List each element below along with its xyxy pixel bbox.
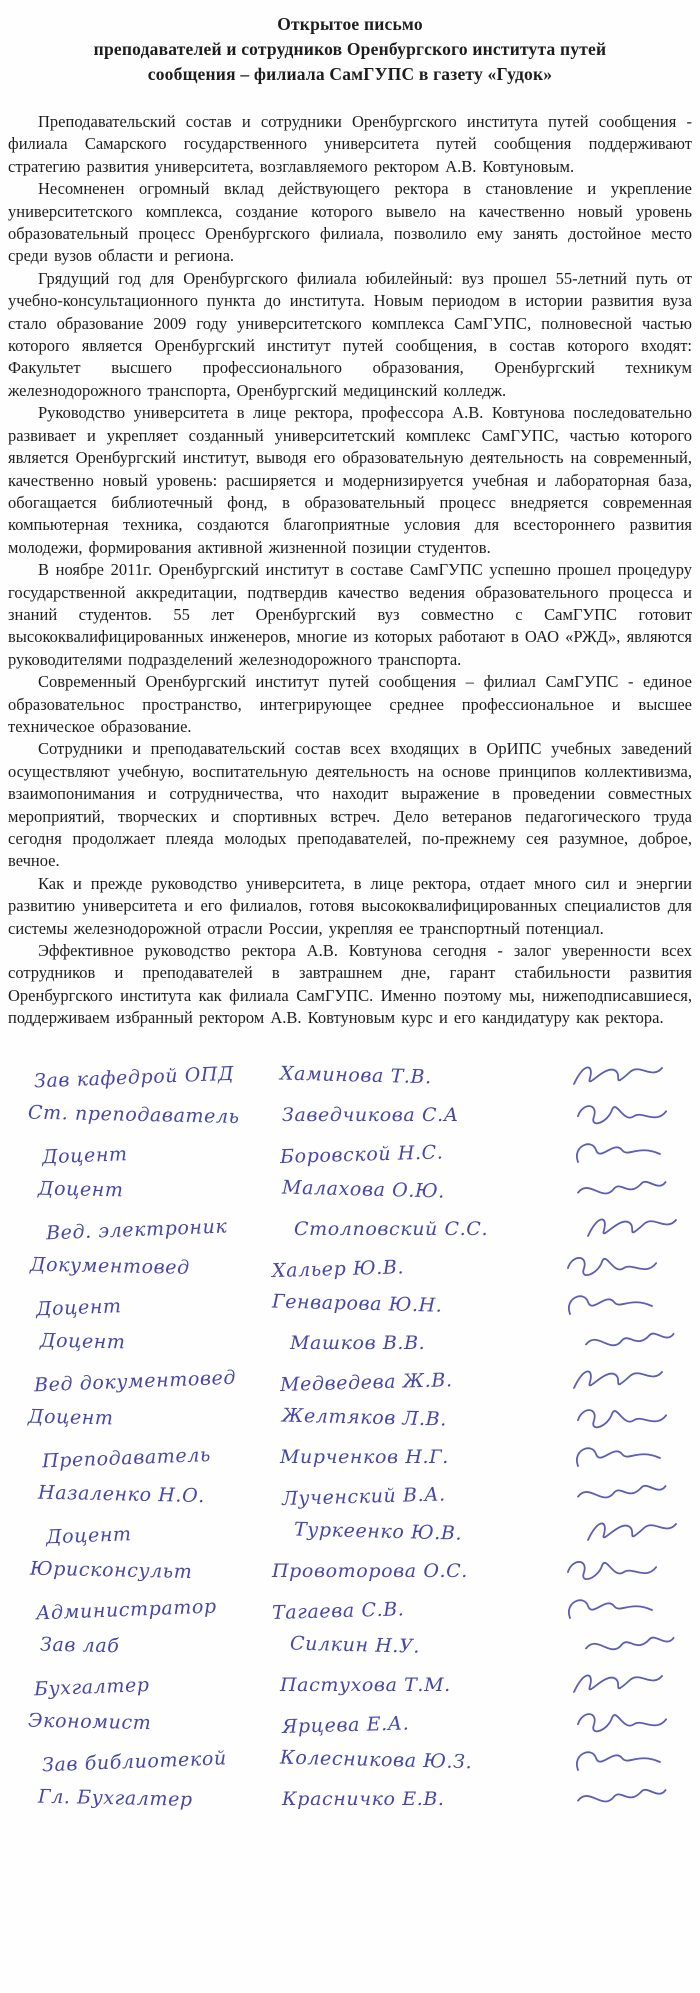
signature-scribble	[571, 1171, 687, 1211]
signer-position: Ст. преподаватель	[28, 1101, 258, 1128]
signature-scribble	[570, 1744, 686, 1778]
signer-name: Столповский С.С.	[288, 1218, 584, 1240]
signature-scribble	[562, 1592, 686, 1626]
title-line-3: сообщения – филиала СамГУПС в газету «Гу…	[8, 62, 692, 87]
signer-position: Бухгалтер	[34, 1669, 265, 1700]
signer-position: Доцент	[40, 1329, 270, 1356]
signature-scribble	[584, 1212, 686, 1246]
signer-position: Преподаватель	[42, 1441, 273, 1472]
signer-position: Экономист	[28, 1709, 258, 1736]
signer-name: Лученский В.А.	[276, 1480, 572, 1510]
signer-name: Тагаева С.В.	[266, 1594, 562, 1624]
signer-name: Силкин Н.У.	[284, 1632, 580, 1661]
signature-row: ДоцентМашков В.В.	[28, 1324, 686, 1362]
signer-name: Заведчикова С.А	[276, 1104, 572, 1126]
paragraph-jubilee: Грядущий год для Оренбургского филиала ю…	[8, 268, 692, 402]
signer-name: Боровской Н.С.	[274, 1138, 570, 1168]
signer-name: Малахова О.Ю.	[276, 1176, 572, 1205]
signer-name: Провоторова О.С.	[266, 1560, 562, 1582]
signer-name: Колесникова Ю.З.	[274, 1746, 570, 1775]
signature-row: Зав кафедрой ОПДХаминова Т.В.	[28, 1058, 686, 1096]
title-line-1: Открытое письмо	[8, 12, 692, 37]
signature-row: ЮрисконсультПровоторова О.С.	[28, 1552, 686, 1590]
signature-row: Вед. электроникСтолповский С.С.	[28, 1210, 686, 1248]
signature-row: Ст. преподавательЗаведчикова С.А	[28, 1096, 686, 1134]
signature-row: ДоцентГенварова Ю.Н.	[28, 1286, 686, 1324]
signer-position: Вед документовед	[34, 1365, 265, 1396]
signature-scribble	[579, 1323, 687, 1363]
signer-name: Пастухова Т.М.	[274, 1674, 570, 1696]
signature-row: ДоцентБоровской Н.С.	[28, 1134, 686, 1172]
scanned-letter-page: Открытое письмо преподавателей и сотрудн…	[0, 0, 700, 1993]
paragraph-staff: Сотрудники и преподавательский состав вс…	[8, 738, 692, 872]
signature-scribble	[570, 1668, 686, 1702]
signer-name: Желтяков Л.В.	[276, 1404, 572, 1433]
signature-scribble	[570, 1364, 686, 1398]
signer-position: Гл. Бухгалтер	[38, 1785, 268, 1812]
signature-scribble	[571, 1475, 687, 1515]
signature-row: ЭкономистЯрцева Е.А.	[28, 1704, 686, 1742]
paragraph-leadership: Как и прежде руководство университета, в…	[8, 873, 692, 940]
signer-position: Назаленко Н.О.	[38, 1481, 268, 1508]
paragraph-modern-institute: Современный Оренбургский институт путей …	[8, 671, 692, 738]
signature-scribble	[561, 1248, 686, 1286]
signature-row: ДоцентЖелтяков Л.В.	[28, 1400, 686, 1438]
paragraph-rector-role: Несомненен огромный вклад действующего р…	[8, 178, 692, 268]
signature-scribble	[570, 1136, 686, 1170]
signature-list: Зав кафедрой ОПДХаминова Т.В.Ст. препода…	[8, 1058, 692, 1818]
signature-row: ДоцентМалахова О.Ю.	[28, 1172, 686, 1210]
signer-name: Медведева Ж.В.	[274, 1366, 570, 1396]
signer-position: Зав лаб	[40, 1633, 270, 1660]
signature-scribble	[562, 1288, 686, 1322]
paragraph-support: Преподавательский состав и сотрудники Ор…	[8, 111, 692, 178]
signature-row: ПреподавательМирченков Н.Г.	[28, 1438, 686, 1476]
signer-position: Доцент	[28, 1405, 258, 1432]
signer-name: Машков В.В.	[284, 1332, 580, 1354]
signature-row: Зав лабСилкин Н.У.	[28, 1628, 686, 1666]
signer-position: Доцент	[36, 1289, 267, 1320]
signature-scribble	[570, 1440, 686, 1474]
signer-name: Мирченков Н.Г.	[274, 1446, 570, 1468]
paragraph-conclusion: Эффективное руководство ректора А.В. Ков…	[8, 940, 692, 1030]
signer-position: Зав кафедрой ОПД	[34, 1061, 265, 1092]
signature-row: ДокументоведХальер Ю.В.	[28, 1248, 686, 1286]
paragraph-development: Руководство университета в лице ректора,…	[8, 402, 692, 559]
signer-name: Хаминова Т.В.	[274, 1062, 570, 1091]
signature-scribble	[571, 1704, 686, 1742]
letter-body: Преподавательский состав и сотрудники Ор…	[8, 111, 692, 1030]
signature-row: Назаленко Н.О.Лученский В.А.	[28, 1476, 686, 1514]
signer-name: Красничко Е.В.	[276, 1788, 572, 1810]
signature-scribble	[579, 1627, 687, 1667]
signer-position: Зав библиотекой	[42, 1745, 273, 1776]
signature-row: Зав библиотекойКолесникова Ю.З.	[28, 1742, 686, 1780]
signature-row: АдминистраторТагаева С.В.	[28, 1590, 686, 1628]
signer-name: Туркеенко Ю.В.	[288, 1518, 584, 1547]
signer-position: Администратор	[36, 1593, 267, 1624]
signature-scribble	[561, 1552, 686, 1590]
signer-position: Доцент	[38, 1177, 268, 1204]
signature-scribble	[571, 1096, 686, 1134]
signer-name: Ярцева Е.А.	[276, 1708, 572, 1738]
signer-name: Генварова Ю.Н.	[266, 1290, 562, 1319]
signer-position: Доцент	[46, 1517, 277, 1548]
signature-scribble	[570, 1060, 686, 1094]
signature-row: Вед документоведМедведева Ж.В.	[28, 1362, 686, 1400]
signer-position: Документовед	[30, 1253, 260, 1280]
signature-scribble	[571, 1400, 686, 1438]
signature-row: ДоцентТуркеенко Ю.В.	[28, 1514, 686, 1552]
signer-position: Доцент	[42, 1137, 273, 1168]
signature-row: Гл. БухгалтерКрасничко Е.В.	[28, 1780, 686, 1818]
signature-scribble	[584, 1516, 686, 1550]
signature-row: БухгалтерПастухова Т.М.	[28, 1666, 686, 1704]
signer-name: Хальер Ю.В.	[266, 1252, 562, 1282]
paragraph-accreditation: В ноябре 2011г. Оренбургский институт в …	[8, 559, 692, 671]
signature-scribble	[571, 1779, 687, 1819]
title-line-2: преподавателей и сотрудников Оренбургско…	[8, 37, 692, 62]
letter-title: Открытое письмо преподавателей и сотрудн…	[8, 12, 692, 87]
signer-position: Юрисконсульт	[30, 1557, 260, 1584]
signer-position: Вед. электроник	[46, 1213, 277, 1244]
